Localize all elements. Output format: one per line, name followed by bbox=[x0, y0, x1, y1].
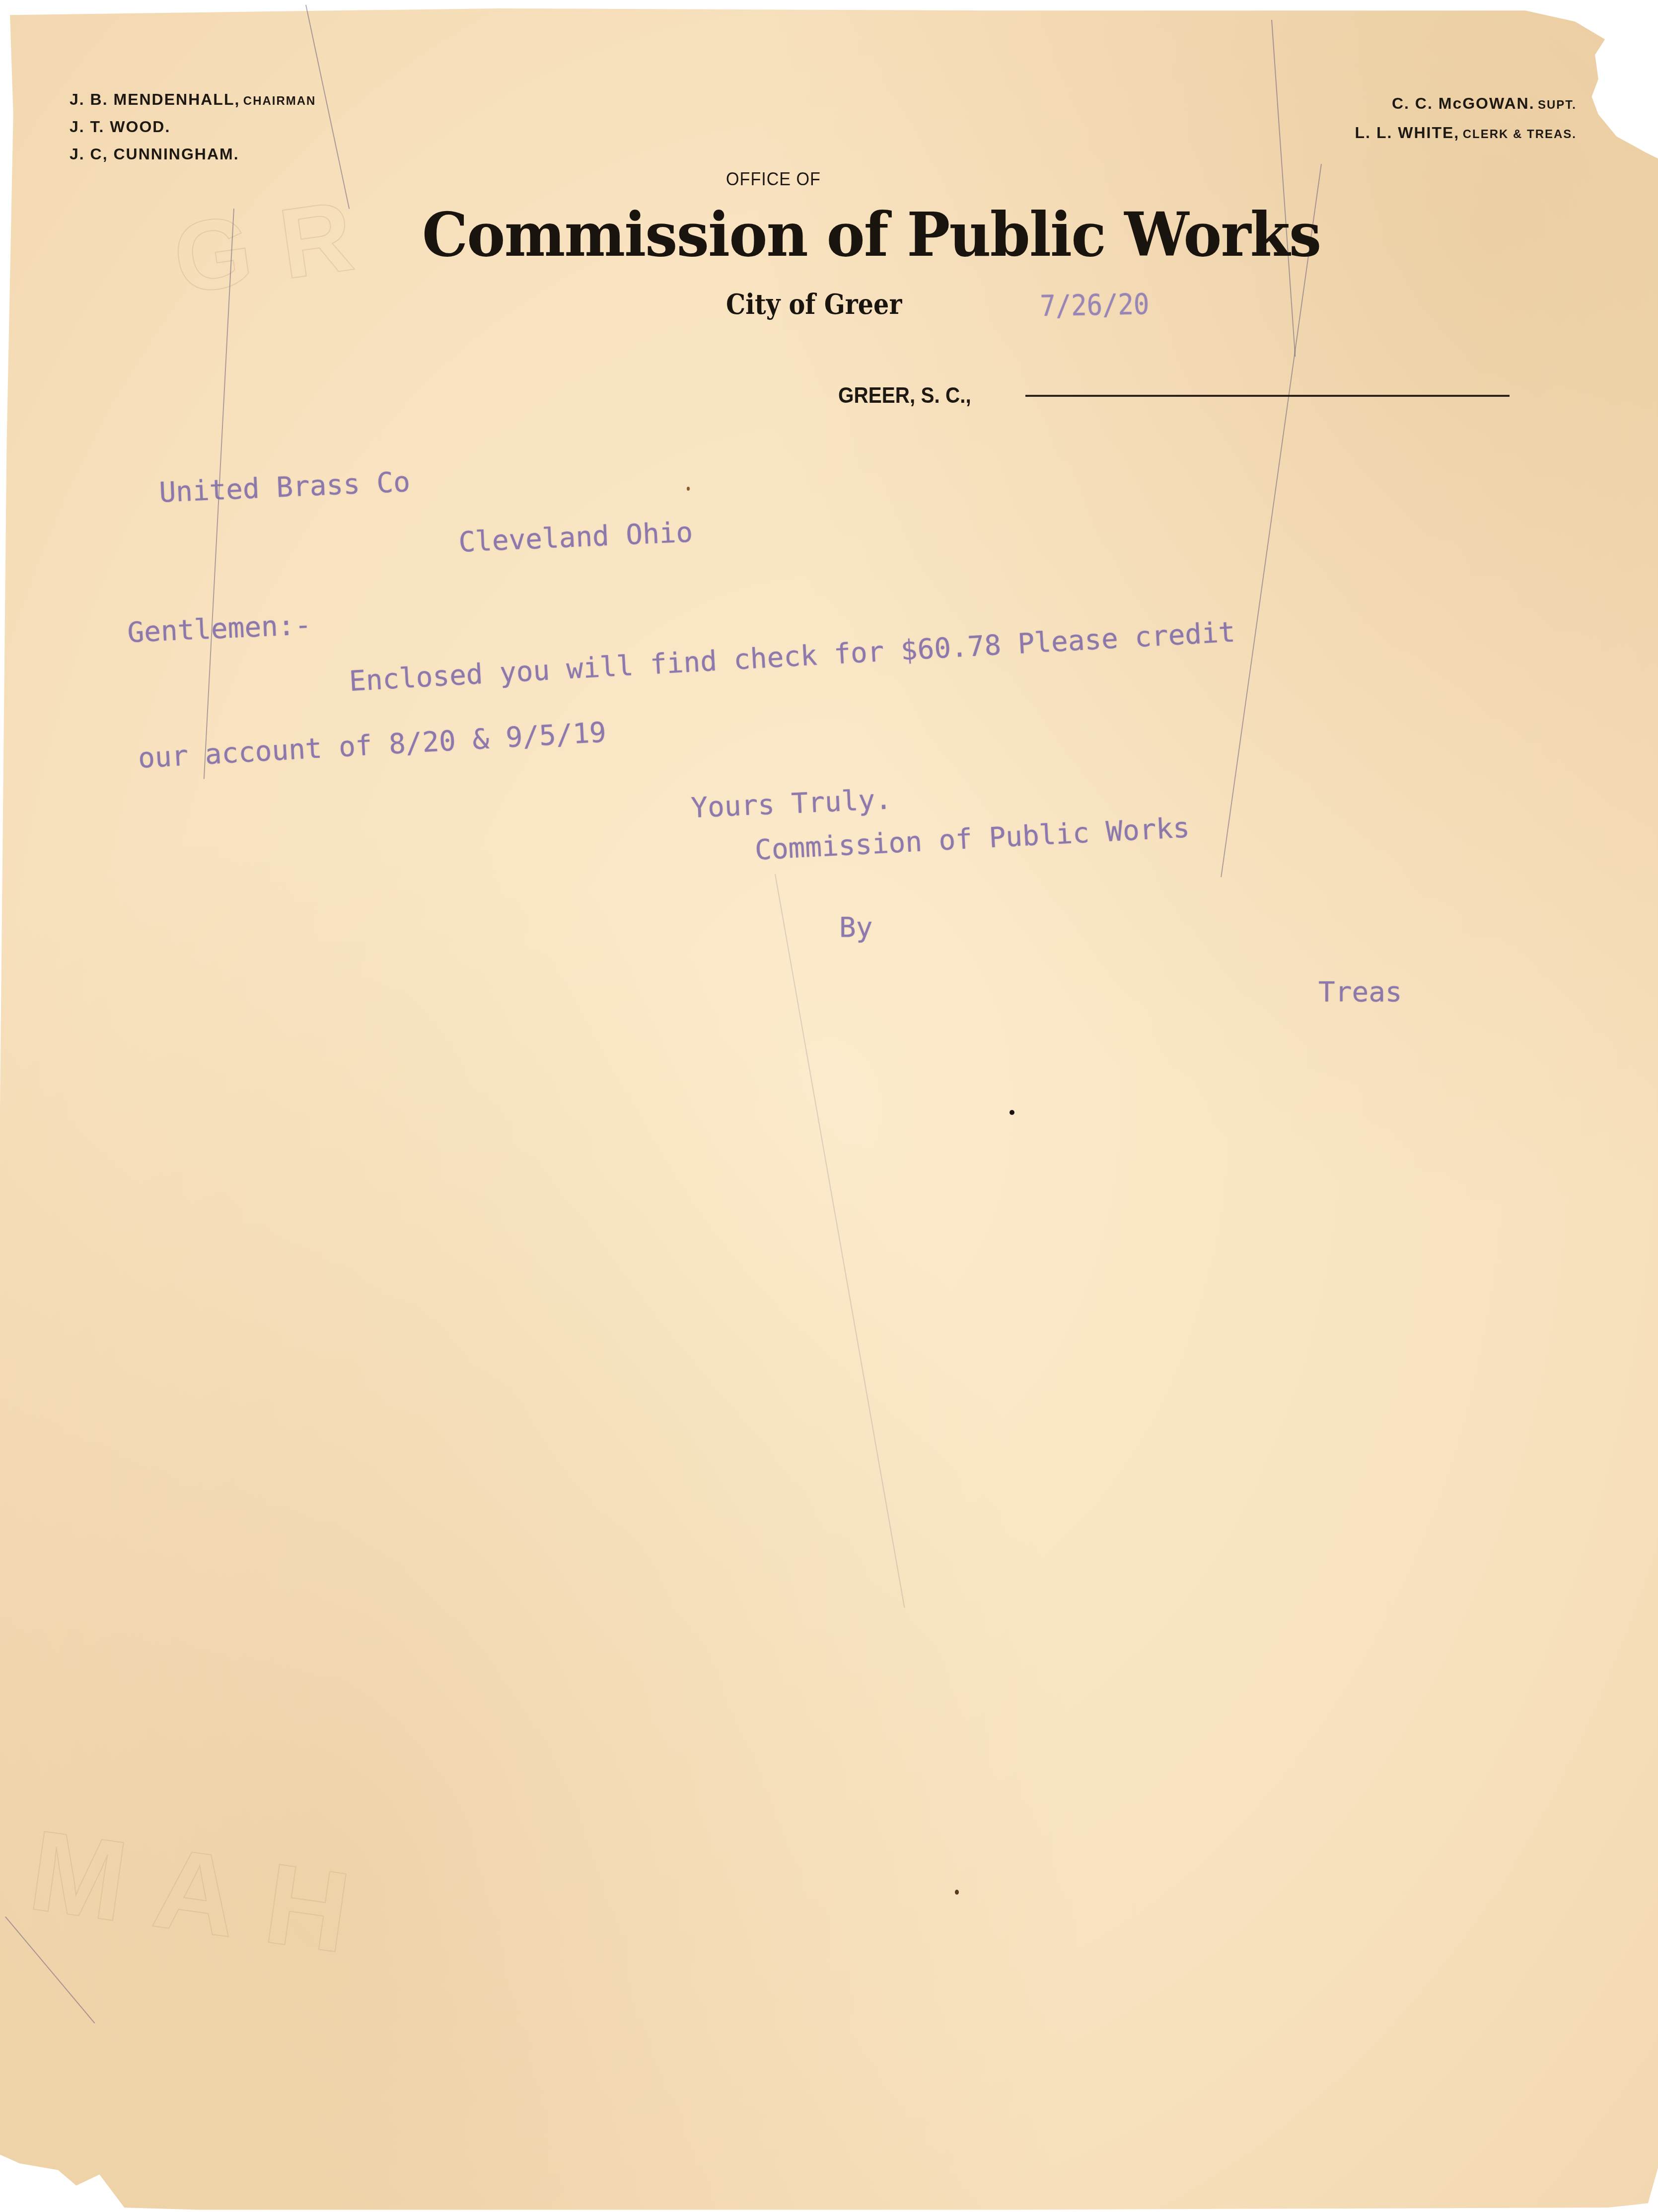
ink-speck bbox=[955, 1890, 959, 1895]
letterhead-name-row: C. C. McGOWAN. SUPT. bbox=[1355, 94, 1577, 113]
commissioner-name: J. B. MENDENHALL, bbox=[70, 90, 240, 108]
letterhead-name-row: J. C, CUNNINGHAM. bbox=[70, 145, 316, 163]
signature-by: By bbox=[839, 911, 872, 944]
place-line-label: GREER, S. C., bbox=[838, 383, 971, 408]
letterhead-name-row: J. B. MENDENHALL, CHAIRMAN bbox=[70, 90, 316, 109]
letterhead-name-row: J. T. WOOD. bbox=[70, 118, 316, 136]
ink-speck bbox=[687, 487, 690, 491]
office-of-label: OFFICE OF bbox=[726, 169, 821, 190]
letterhead-right-names: C. C. McGOWAN. SUPT. L. L. WHITE, CLERK … bbox=[1355, 94, 1577, 142]
signature-title: Treas bbox=[1318, 976, 1402, 1008]
date-rule-line bbox=[1025, 395, 1510, 397]
letterhead-name-row: L. L. WHITE, CLERK & TREAS. bbox=[1355, 124, 1577, 142]
commissioner-name: J. C, CUNNINGHAM. bbox=[70, 145, 239, 163]
commissioner-name: J. T. WOOD. bbox=[70, 118, 170, 136]
letterhead-title: Commission of Public Works bbox=[422, 199, 1320, 270]
letter-date: 7/26/20 bbox=[1040, 287, 1150, 323]
officer-name: L. L. WHITE, bbox=[1355, 124, 1460, 142]
commissioner-role: CHAIRMAN bbox=[243, 94, 316, 108]
officer-name: C. C. McGOWAN. bbox=[1392, 94, 1535, 112]
letterhead-subtitle: City of Greer bbox=[726, 288, 902, 321]
officer-role: SUPT. bbox=[1538, 98, 1577, 112]
ink-speck bbox=[1009, 1110, 1014, 1115]
letterhead-left-names: J. B. MENDENHALL, CHAIRMAN J. T. WOOD. J… bbox=[70, 90, 316, 163]
officer-role: CLERK & TREAS. bbox=[1463, 128, 1577, 141]
